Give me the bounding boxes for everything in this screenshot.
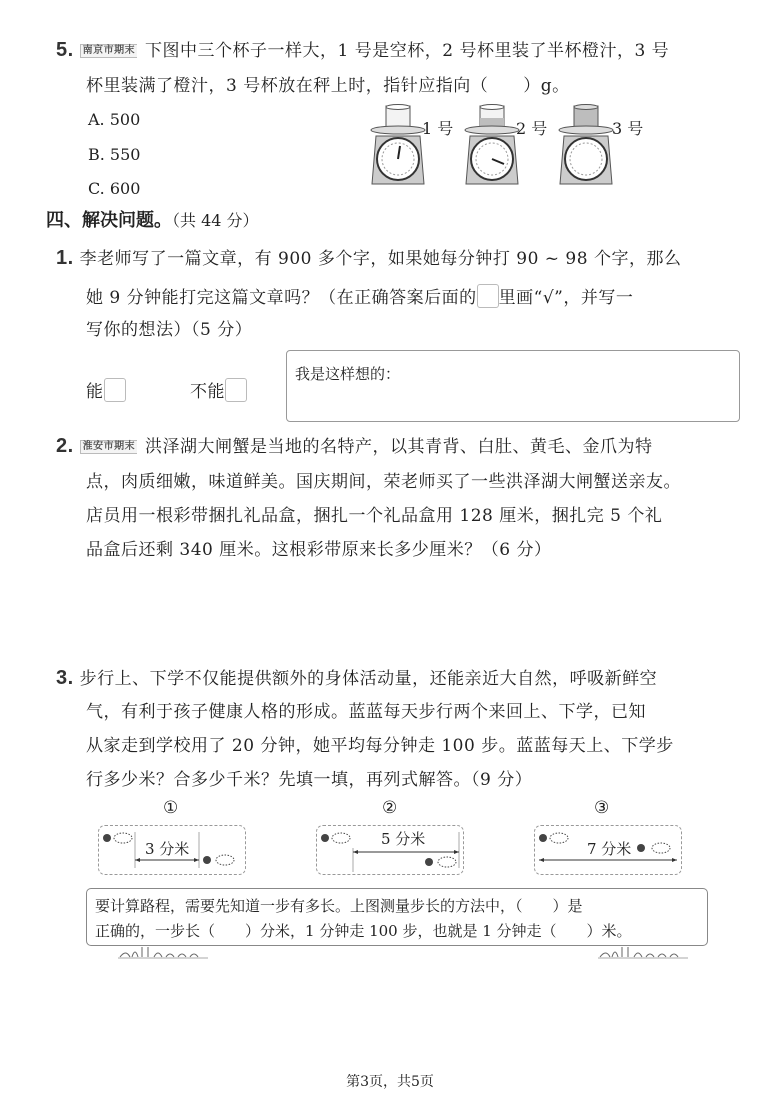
- problem-text: 步行上、下学不仅能提供额外的身体活动量，还能亲近大自然，呼吸新鲜空: [80, 669, 658, 689]
- choice-no: 不能: [190, 378, 247, 402]
- kitchen-scale-icon: [460, 104, 524, 190]
- section-title: 四、解决问题。: [46, 210, 172, 231]
- problem-2-line-2: 点，肉质细嫩，味道鲜美。国庆期间，荣老师买了一些洪泽湖大闸蟹送亲友。: [86, 472, 681, 492]
- cup-label-1: 1 号: [422, 116, 453, 139]
- fill-in-box: 要计算路程，需要先知道一步有多长。上图测量步长的方法中，（ ）是 正确的，一步长…: [86, 888, 708, 946]
- problem-number: 1.: [56, 247, 74, 269]
- problem-2-line-4: 品盒后还剩 340 厘米。这根彩带原来长多少厘米？（6 分）: [86, 540, 551, 560]
- scale-figure-3: [554, 104, 618, 194]
- problem-1-line-1: 1. 李老师写了一篇文章，有 900 多个字，如果她每分钟打 90 ~ 98 个…: [56, 248, 681, 269]
- choice-yes-checkbox[interactable]: [104, 378, 126, 402]
- question-5-line-2: 杯里装满了橙汁，3 号杯放在秤上时，指针应指向（ ）g。: [86, 76, 570, 96]
- problem-text: 她 9 分钟能打完这篇文章吗？（在正确答案后面的: [86, 288, 477, 308]
- problem-number: 2.: [56, 435, 74, 457]
- problem-text: 里画“√”，并写一: [499, 288, 634, 308]
- grass-decoration-icon: [598, 945, 688, 961]
- page-footer: 第3页，共5页: [0, 1071, 780, 1091]
- problem-3-line-1: 3. 步行上、下学不仅能提供额外的身体活动量，还能亲近大自然，呼吸新鲜空: [56, 668, 657, 689]
- choice-no-checkbox[interactable]: [225, 378, 247, 402]
- question-number: 5.: [56, 39, 74, 61]
- cup-label-2: 2 号: [516, 116, 547, 139]
- problem-1-line-3: 写你的想法）（5 分）: [86, 320, 252, 340]
- fill-in-line-1[interactable]: 要计算路程，需要先知道一步有多长。上图测量步长的方法中，（ ）是: [95, 895, 583, 916]
- scale-figure-2: [460, 104, 524, 194]
- section-points: （共 44 分）: [172, 211, 259, 230]
- thinking-answer-box[interactable]: 我是这样想的：: [286, 350, 740, 422]
- section-heading: 四、解决问题。（共 44 分）: [46, 206, 259, 232]
- option-b[interactable]: B. 550: [88, 145, 140, 164]
- scale-figure-1: [366, 104, 430, 194]
- diagram-index-3: ③: [594, 798, 609, 818]
- question-text: 下图中三个杯子一样大，1 号是空杯，2 号杯里装了半杯橙汁，3 号: [145, 41, 669, 61]
- problem-2-line-3: 店员用一根彩带捆扎礼品盒，捆扎一个礼品盒用 128 厘米，捆扎完 5 个礼: [86, 506, 662, 526]
- step-diagram-2: 5 分米: [316, 825, 464, 875]
- kitchen-scale-icon: [554, 104, 618, 190]
- problem-1-line-2: 她 9 分钟能打完这篇文章吗？（在正确答案后面的里画“√”，并写一: [86, 284, 633, 308]
- problem-text: 李老师写了一篇文章，有 900 多个字，如果她每分钟打 90 ~ 98 个字，那…: [80, 249, 682, 269]
- problem-number: 3.: [56, 667, 74, 689]
- grass-decoration-icon: [118, 945, 208, 961]
- example-checkbox: [477, 284, 499, 308]
- step-measure-2: 5 分米: [381, 828, 425, 849]
- option-a[interactable]: A. 500: [88, 110, 140, 129]
- choice-yes-label: 能: [86, 382, 104, 402]
- diagram-index-1: ①: [163, 798, 178, 818]
- choice-no-label: 不能: [190, 382, 225, 402]
- choice-yes: 能: [86, 378, 126, 402]
- step-measure-1: 3 分米: [145, 838, 189, 859]
- problem-3-line-4: 行多少米？合多少千米？先填一填，再列式解答。（9 分）: [86, 770, 532, 790]
- step-diagram-1: 3 分米: [98, 825, 246, 875]
- source-tag: 淮安市期末: [80, 440, 138, 454]
- step-diagram-3: 7 分米: [534, 825, 682, 875]
- question-5-line-1: 5. 南京市期末 下图中三个杯子一样大，1 号是空杯，2 号杯里装了半杯橙汁，3…: [56, 40, 669, 61]
- cup-label-3: 3 号: [612, 116, 643, 139]
- thinking-label: 我是这样想的：: [295, 363, 400, 384]
- problem-2-line-1: 2. 淮安市期末 洪泽湖大闸蟹是当地的名特产，以其青背、白肚、黄毛、金爪为特: [56, 436, 653, 457]
- option-c[interactable]: C. 600: [88, 179, 140, 198]
- kitchen-scale-icon: [366, 104, 430, 190]
- problem-3-line-3: 从家走到学校用了 20 分钟，她平均每分钟走 100 步。蓝蓝每天上、下学步: [86, 736, 674, 756]
- step-measure-3: 7 分米: [587, 838, 631, 859]
- problem-text: 洪泽湖大闸蟹是当地的名特产，以其青背、白肚、黄毛、金爪为特: [145, 437, 653, 457]
- diagram-index-2: ②: [382, 798, 397, 818]
- problem-3-line-2: 气，有利于孩子健康人格的形成。蓝蓝每天步行两个来回上、下学，已知: [86, 702, 646, 722]
- source-tag: 南京市期末: [80, 44, 138, 58]
- fill-in-line-2[interactable]: 正确的，一步长（ ）分米，1 分钟走 100 步，也就是 1 分钟走（ ）米。: [95, 920, 632, 941]
